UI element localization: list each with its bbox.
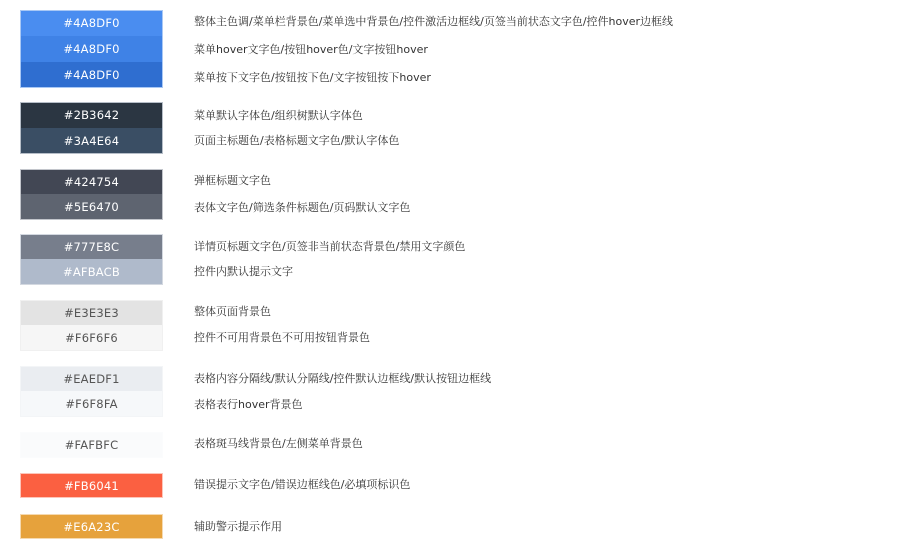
color-swatch: #F6F6F6 bbox=[20, 325, 163, 351]
color-swatch: #3A4E64 bbox=[20, 128, 163, 154]
color-swatch: #AFBACB bbox=[20, 259, 163, 285]
color-usage-description: 整体页面背景色 bbox=[194, 305, 271, 319]
color-swatch: #4A8DF0 bbox=[20, 36, 163, 62]
color-swatch: #E6A23C bbox=[20, 514, 163, 539]
color-swatch: #E3E3E3 bbox=[20, 300, 163, 325]
color-swatch: #FAFBFC bbox=[20, 432, 163, 458]
color-usage-description: 详情页标题文字色/页签非当前状态背景色/禁用文字颜色 bbox=[194, 240, 465, 254]
color-swatch: #FB6041 bbox=[20, 473, 163, 498]
color-usage-description: 表体文字色/筛选条件标题色/页码默认文字色 bbox=[194, 201, 410, 215]
color-swatch: #4A8DF0 bbox=[20, 10, 163, 36]
color-swatch: #424754 bbox=[20, 169, 163, 194]
color-usage-description: 控件不可用背景色不可用按钮背景色 bbox=[194, 331, 370, 345]
color-swatch: #F6F8FA bbox=[20, 391, 163, 417]
color-swatch: #2B3642 bbox=[20, 102, 163, 128]
color-swatch: #EAEDF1 bbox=[20, 366, 163, 391]
color-usage-description: 整体主色调/菜单栏背景色/菜单选中背景色/控件激活边框线/页签当前状态文字色/控… bbox=[194, 15, 673, 29]
color-usage-description: 菜单按下文字色/按钮按下色/文字按钮按下hover bbox=[194, 71, 431, 85]
color-usage-description: 控件内默认提示文字 bbox=[194, 265, 293, 279]
color-usage-description: 表格表行hover背景色 bbox=[194, 398, 303, 412]
color-usage-description: 菜单默认字体色/组织树默认字体色 bbox=[194, 109, 363, 123]
color-swatch: #777E8C bbox=[20, 234, 163, 259]
color-usage-description: 弹框标题文字色 bbox=[194, 174, 271, 188]
color-swatch: #5E6470 bbox=[20, 194, 163, 220]
color-usage-description: 错误提示文字色/错误边框线色/必填项标识色 bbox=[194, 478, 410, 492]
color-usage-description: 表格斑马线背景色/左侧菜单背景色 bbox=[194, 437, 363, 451]
color-usage-description: 表格内容分隔线/默认分隔线/控件默认边框线/默认按钮边框线 bbox=[194, 372, 491, 386]
color-usage-description: 页面主标题色/表格标题文字色/默认字体色 bbox=[194, 134, 399, 148]
color-usage-description: 辅助警示提示作用 bbox=[194, 520, 282, 534]
color-usage-description: 菜单hover文字色/按钮hover色/文字按钮hover bbox=[194, 43, 428, 57]
color-swatch: #4A8DF0 bbox=[20, 62, 163, 88]
